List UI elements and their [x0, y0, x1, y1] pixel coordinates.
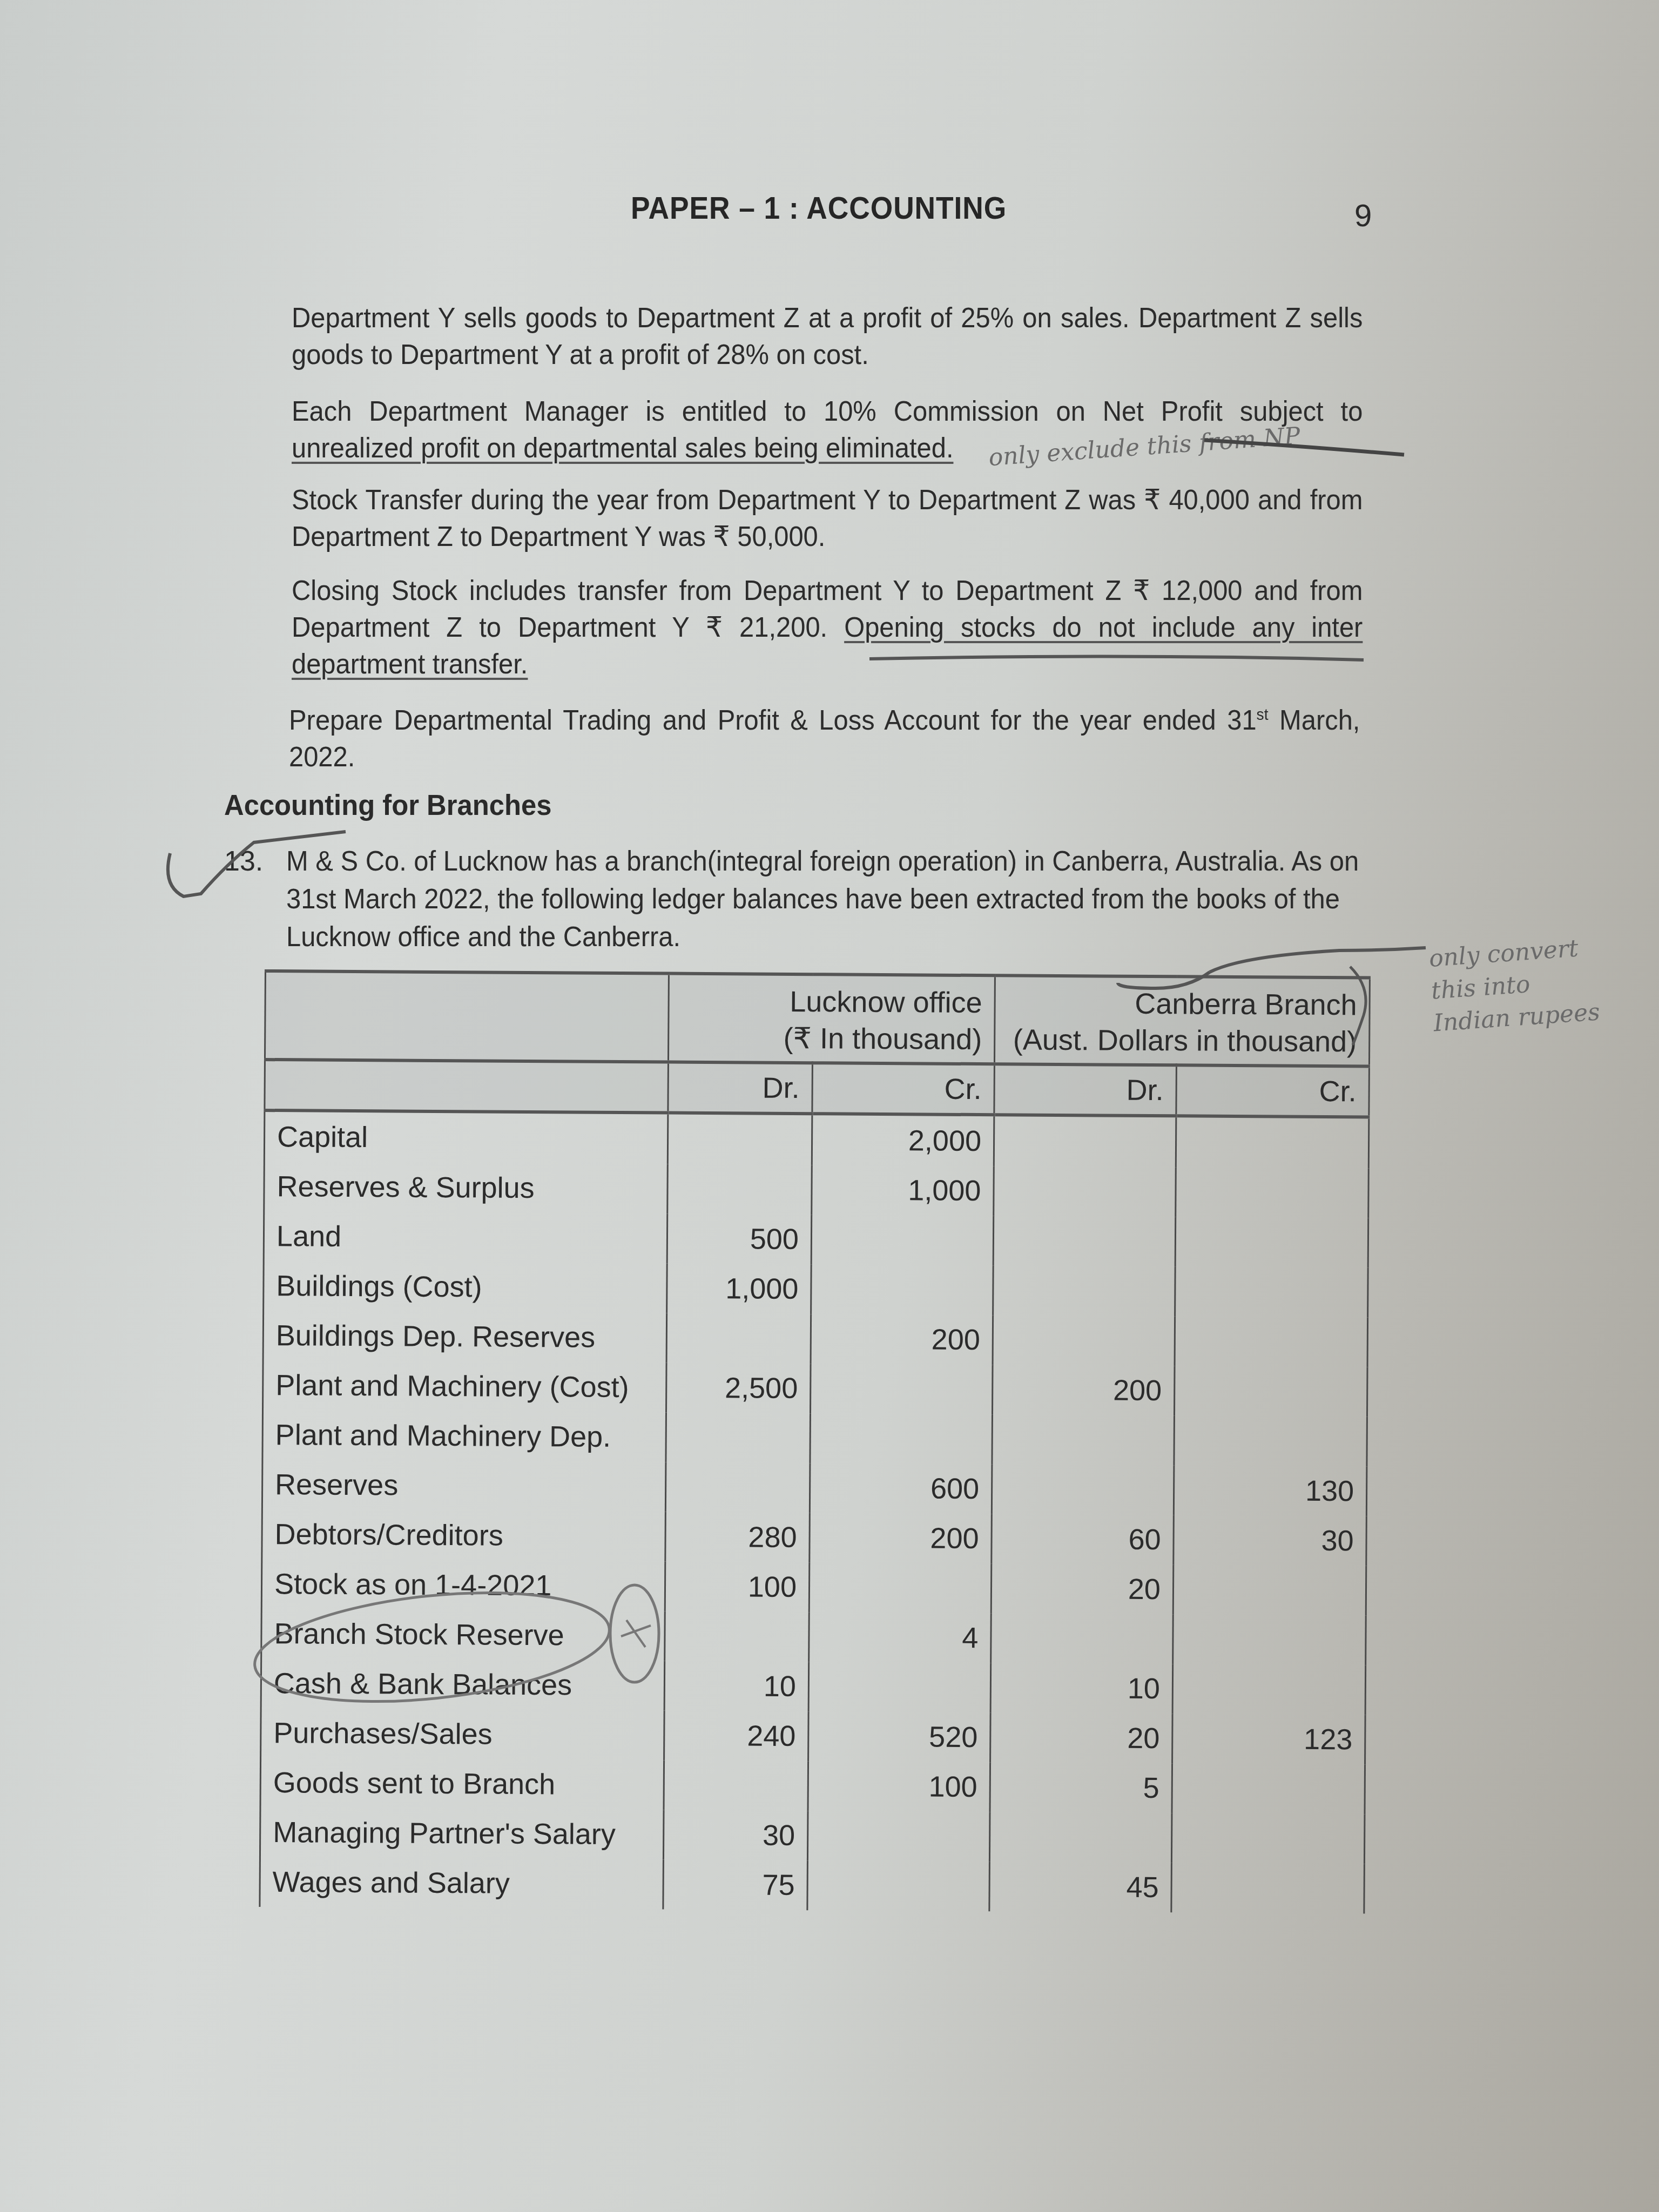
row-label: Stock as on 1-4-2021 — [261, 1559, 665, 1611]
page-header-title: PAPER – 1 : ACCOUNTING — [631, 190, 1007, 226]
paragraph-stock-transfer: Stock Transfer during the year from Depa… — [292, 482, 1363, 555]
table-row: Wages and Salary7545 — [260, 1857, 1365, 1913]
cell-lucknow-cr — [807, 1811, 990, 1862]
cell-canberra-cr: 30 — [1174, 1515, 1367, 1566]
table-row: Cash & Bank Balances1010 — [261, 1658, 1366, 1715]
row-label: Plant and Machinery (Cost) — [263, 1360, 667, 1413]
cell-canberra-cr — [1173, 1564, 1366, 1615]
cell-canberra-dr — [993, 1315, 1175, 1366]
cell-canberra-dr — [993, 1265, 1176, 1316]
cell-canberra-cr — [1176, 1167, 1369, 1218]
table-row: Stock as on 1-4-202110020 — [261, 1559, 1366, 1615]
cell-lucknow-dr: 240 — [664, 1711, 809, 1762]
table-row: Purchases/Sales24052020123 — [261, 1708, 1366, 1764]
cell-canberra-cr — [1173, 1614, 1366, 1665]
row-label: Debtors/Creditors — [262, 1509, 666, 1562]
ledger-balances-table: Lucknow office (₹ In thousand) Canberra … — [259, 969, 1371, 1913]
row-label: Plant and Machinery Dep. — [262, 1410, 666, 1462]
cell-lucknow-dr — [664, 1761, 808, 1811]
cell-canberra-dr — [992, 1464, 1174, 1515]
cell-lucknow-dr: 280 — [665, 1512, 810, 1563]
row-label: Buildings Dep. Reserves — [263, 1311, 667, 1363]
page-number: 9 — [1354, 198, 1372, 234]
table-row: Plant and Machinery Dep. — [262, 1410, 1367, 1466]
cell-lucknow-dr: 30 — [663, 1810, 808, 1861]
cell-lucknow-cr — [807, 1860, 990, 1911]
cell-lucknow-dr — [665, 1462, 810, 1513]
row-label: Goods sent to Branch — [260, 1758, 664, 1810]
header-lucknow-dr: Dr. — [668, 1062, 813, 1114]
cell-lucknow-cr: 100 — [808, 1761, 990, 1812]
table-row: Reserves & Surplus1,000 — [264, 1162, 1369, 1218]
cell-canberra-cr — [1174, 1366, 1367, 1417]
row-label: Land — [264, 1211, 667, 1264]
header-lucknow-office: Lucknow office (₹ In thousand) — [668, 974, 995, 1064]
cell-canberra-cr — [1175, 1217, 1368, 1267]
document-page: PAPER – 1 : ACCOUNTING 9 Department Y se… — [0, 0, 1659, 2212]
cell-lucknow-dr — [666, 1313, 811, 1364]
cell-canberra-dr — [992, 1414, 1175, 1465]
row-label: Cash & Bank Balances — [261, 1658, 665, 1711]
cell-lucknow-cr: 200 — [811, 1314, 993, 1365]
cell-canberra-cr: 123 — [1172, 1714, 1366, 1764]
cell-lucknow-dr — [665, 1611, 810, 1662]
table-group-header-row: Lucknow office (₹ In thousand) Canberra … — [265, 971, 1370, 1066]
cell-canberra-cr — [1174, 1415, 1367, 1466]
question-text: M & S Co. of Lucknow has a branch(integr… — [286, 842, 1373, 956]
cell-canberra-dr: 60 — [992, 1514, 1174, 1564]
paragraph-closing-stock: Closing Stock includes transfer from Dep… — [292, 572, 1363, 683]
header-line: Canberra Branch — [1007, 984, 1357, 1023]
header-canberra-branch: Canberra Branch (Aust. Dollars in thousa… — [994, 975, 1370, 1066]
cell-canberra-dr: 45 — [989, 1862, 1172, 1912]
cell-canberra-dr: 20 — [991, 1563, 1174, 1614]
cell-lucknow-cr: 520 — [808, 1711, 991, 1762]
table-header-blank — [265, 1060, 669, 1113]
cell-lucknow-cr: 200 — [810, 1513, 992, 1563]
cell-canberra-dr — [993, 1216, 1176, 1266]
superscript: st — [1257, 706, 1269, 724]
header-canberra-dr: Dr. — [994, 1064, 1177, 1116]
underlined-text: unrealized profit on departmental sales … — [292, 433, 953, 464]
cell-lucknow-dr — [667, 1164, 812, 1215]
cell-canberra-dr — [994, 1115, 1176, 1167]
section-heading: Accounting for Branches — [224, 788, 551, 822]
table-row: Buildings Dep. Reserves200 — [263, 1311, 1368, 1367]
cell-lucknow-dr: 1,000 — [667, 1264, 812, 1314]
cell-lucknow-dr: 75 — [663, 1860, 808, 1911]
question-number: 13. — [224, 845, 263, 878]
table-row: Land500 — [264, 1211, 1368, 1267]
cell-canberra-cr — [1171, 1863, 1365, 1913]
table-row: Buildings (Cost)1,000 — [264, 1261, 1368, 1317]
table-row: Managing Partner's Salary30 — [260, 1808, 1365, 1864]
cell-lucknow-cr: 1,000 — [812, 1165, 994, 1216]
cell-lucknow-dr — [667, 1113, 812, 1165]
header-line: Lucknow office — [681, 983, 982, 1021]
paragraph-text: Prepare Departmental Trading and Profit … — [289, 705, 1257, 736]
paragraph-instruction: Prepare Departmental Trading and Profit … — [289, 697, 1360, 775]
cell-canberra-cr — [1172, 1664, 1366, 1715]
table-row: Capital2,000 — [264, 1110, 1369, 1168]
table-header-blank — [265, 971, 669, 1062]
cell-lucknow-cr: 4 — [809, 1612, 992, 1663]
cell-canberra-dr: 200 — [992, 1365, 1175, 1415]
cell-lucknow-dr: 500 — [667, 1214, 812, 1265]
header-line: (Aust. Dollars in thousand) — [1007, 1021, 1357, 1060]
table-subheader-row: Dr. Cr. Dr. Cr. — [265, 1060, 1370, 1117]
cell-canberra-cr — [1171, 1813, 1365, 1864]
cell-canberra-dr — [994, 1166, 1176, 1217]
cell-lucknow-cr — [809, 1562, 992, 1613]
header-lucknow-cr: Cr. — [812, 1063, 995, 1115]
row-label: Buildings (Cost) — [264, 1261, 667, 1313]
table-row: Plant and Machinery (Cost)2,500200 — [263, 1360, 1368, 1417]
row-label: Purchases/Sales — [261, 1708, 665, 1761]
cell-canberra-dr: 10 — [990, 1663, 1173, 1714]
paragraph-text: Each Department Manager is entitled to 1… — [292, 396, 1363, 427]
cell-lucknow-cr — [810, 1413, 993, 1464]
cell-lucknow-dr: 10 — [664, 1661, 809, 1712]
header-canberra-cr: Cr. — [1176, 1065, 1370, 1117]
cell-lucknow-cr — [811, 1264, 994, 1315]
table-row: Goods sent to Branch1005 — [260, 1758, 1365, 1814]
row-label: Reserves & Surplus — [264, 1162, 668, 1214]
cell-lucknow-cr: 2,000 — [812, 1114, 994, 1166]
cell-canberra-cr — [1175, 1316, 1368, 1367]
cell-lucknow-dr: 2,500 — [666, 1363, 811, 1414]
paragraph-transfer-profit: Department Y sells goods to Department Z… — [292, 300, 1363, 373]
table-row: Branch Stock Reserve4 — [261, 1609, 1366, 1665]
table-body: Capital2,000Reserves & Surplus1,000Land5… — [260, 1110, 1369, 1913]
cell-canberra-dr: 5 — [990, 1762, 1172, 1813]
cell-canberra-cr — [1172, 1763, 1365, 1814]
row-label: Capital — [264, 1110, 668, 1164]
cell-lucknow-dr: 100 — [665, 1562, 810, 1613]
cell-canberra-cr: 130 — [1174, 1465, 1367, 1516]
cell-lucknow-cr: 600 — [810, 1463, 992, 1514]
handwritten-note-margin: only convert this into Indian rupees — [1428, 931, 1601, 1040]
row-label: Wages and Salary — [260, 1857, 664, 1910]
cell-canberra-dr — [991, 1613, 1174, 1664]
cell-lucknow-cr — [810, 1364, 993, 1414]
table-row: Debtors/Creditors2802006030 — [262, 1509, 1367, 1566]
header-line: (₹ In thousand) — [681, 1020, 982, 1058]
cell-lucknow-cr — [808, 1662, 991, 1712]
cell-lucknow-cr — [811, 1215, 994, 1265]
row-label: Reserves — [262, 1460, 666, 1512]
cell-lucknow-dr — [666, 1413, 811, 1464]
cell-canberra-cr — [1176, 1116, 1369, 1168]
cell-canberra-dr: 20 — [990, 1712, 1173, 1763]
cell-canberra-cr — [1175, 1266, 1368, 1317]
cell-canberra-dr — [989, 1812, 1172, 1863]
row-label: Branch Stock Reserve — [261, 1609, 665, 1661]
row-label: Managing Partner's Salary — [260, 1808, 664, 1860]
table-row: Reserves600130 — [262, 1460, 1367, 1516]
